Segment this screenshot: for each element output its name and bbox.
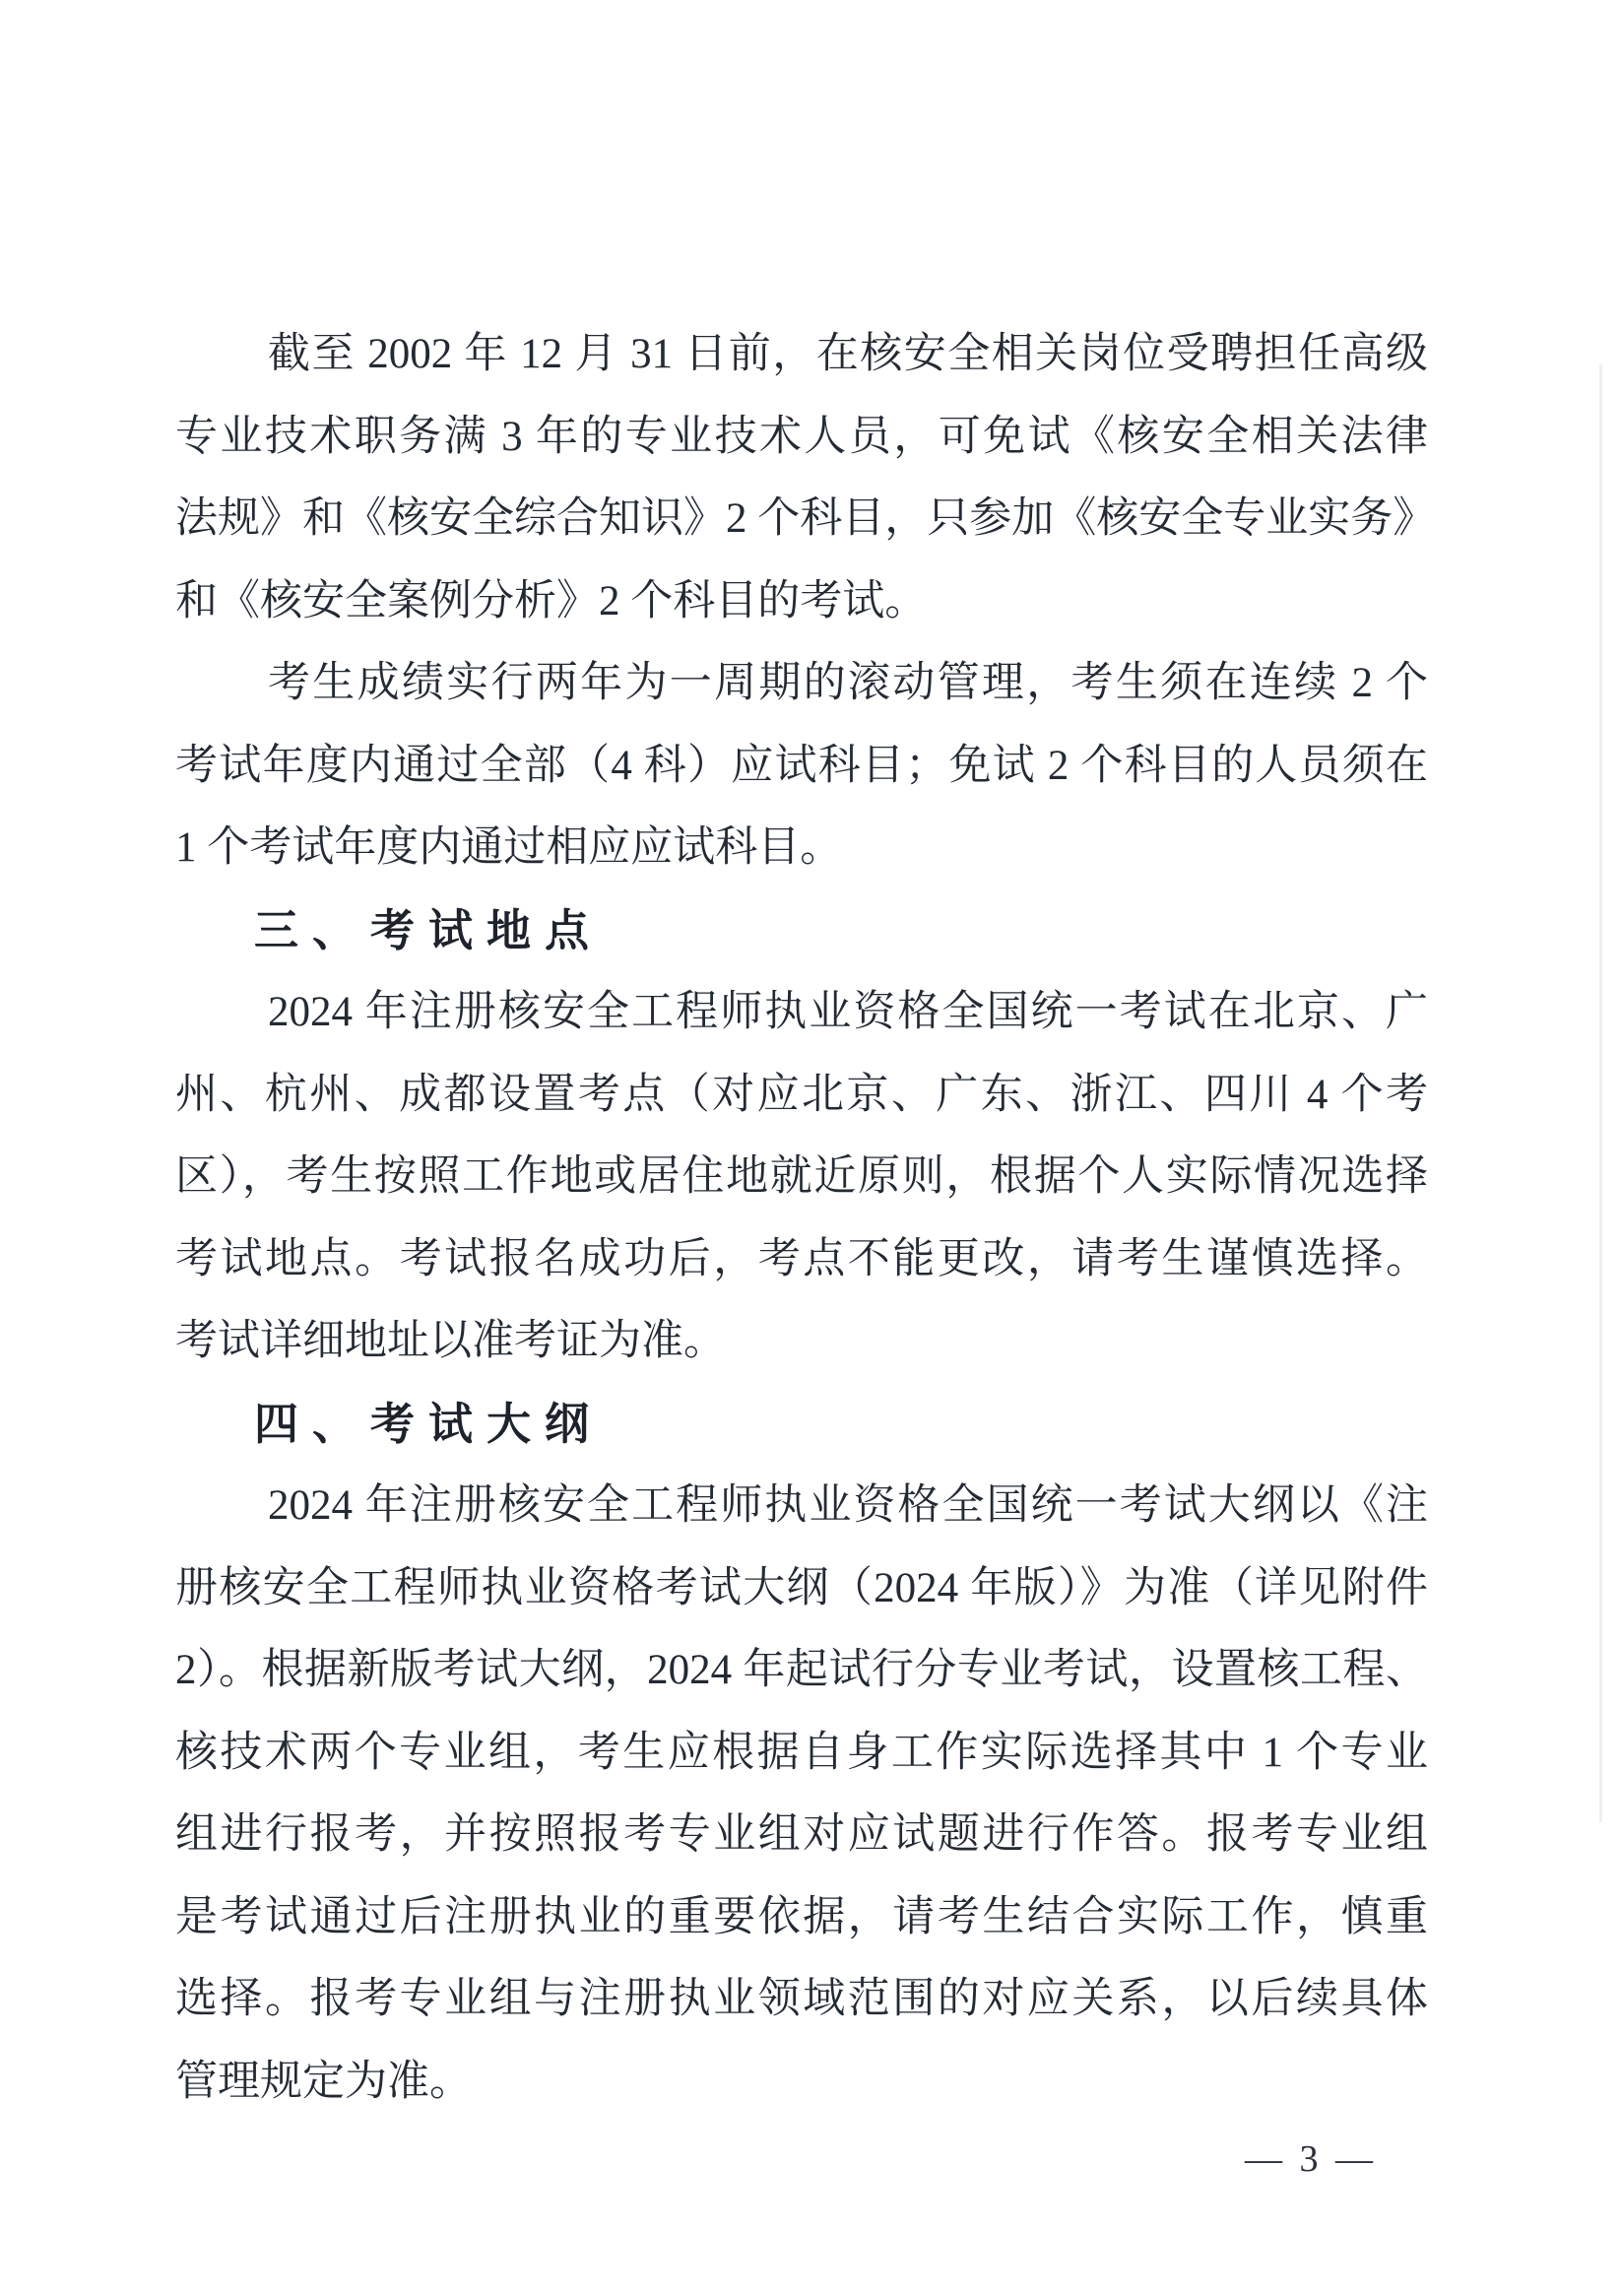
text-line: 组进行报考，并按照报考专业组对应试题进行作答。报考专业组 (175, 1794, 1428, 1876)
text-line: 选择。报考专业组与注册执业领域范围的对应关系，以后续具体 (175, 1958, 1428, 2041)
page-number: — 3 — (1245, 2137, 1377, 2181)
text-line: 是考试通过后注册执业的重要依据，请考生结合实际工作，慎重 (175, 1876, 1428, 1959)
text-line: 2024 年注册核安全工程师执业资格全国统一考试大纲以《注 (175, 1465, 1428, 1547)
text-line: 2024 年注册核安全工程师执业资格全国统一考试在北京、广 (175, 971, 1428, 1054)
document-body: 截至 2002 年 12 月 31 日前，在核安全相关岗位受聘担任高级专业技术职… (175, 313, 1428, 2123)
text-line: 管理规定为准。 (175, 2041, 1428, 2124)
text-line: 1 个考试年度内通过相应应试科目。 (175, 807, 1428, 889)
section-heading: 四、考试大纲 (175, 1383, 1428, 1466)
text-line: 考试详细地址以准考证为准。 (175, 1300, 1428, 1383)
text-line: 考生成绩实行两年为一周期的滚动管理，考生须在连续 2 个 (175, 642, 1428, 725)
text-line: 区），考生按照工作地或居住地就近原则，根据个人实际情况选择 (175, 1136, 1428, 1218)
document-page: 截至 2002 年 12 月 31 日前，在核安全相关岗位受聘担任高级专业技术职… (0, 0, 1621, 2296)
text-line: 和《核安全案例分析》2 个科目的考试。 (175, 560, 1428, 643)
section-heading: 三、考试地点 (175, 889, 1428, 972)
text-line: 核技术两个专业组，考生应根据自身工作实际选择其中 1 个专业 (175, 1712, 1428, 1795)
scan-artifact (1599, 364, 1602, 1822)
text-line: 专业技术职务满 3 年的专业技术人员，可免试《核安全相关法律 (175, 396, 1428, 479)
text-line: 考试地点。考试报名成功后，考点不能更改，请考生谨慎选择。 (175, 1218, 1428, 1301)
text-line: 2）。根据新版考试大纲，2024 年起试行分专业考试，设置核工程、 (175, 1629, 1428, 1712)
text-line: 考试年度内通过全部（4 科）应试科目；免试 2 个科目的人员须在 (175, 725, 1428, 808)
text-line: 法规》和《核安全综合知识》2 个科目，只参加《核安全专业实务》 (175, 478, 1428, 560)
text-line: 册核安全工程师执业资格考试大纲（2024 年版）》为准（详见附件 (175, 1547, 1428, 1630)
text-line: 州、杭州、成都设置考点（对应北京、广东、浙江、四川 4 个考 (175, 1054, 1428, 1137)
text-line: 截至 2002 年 12 月 31 日前，在核安全相关岗位受聘担任高级 (175, 313, 1428, 396)
